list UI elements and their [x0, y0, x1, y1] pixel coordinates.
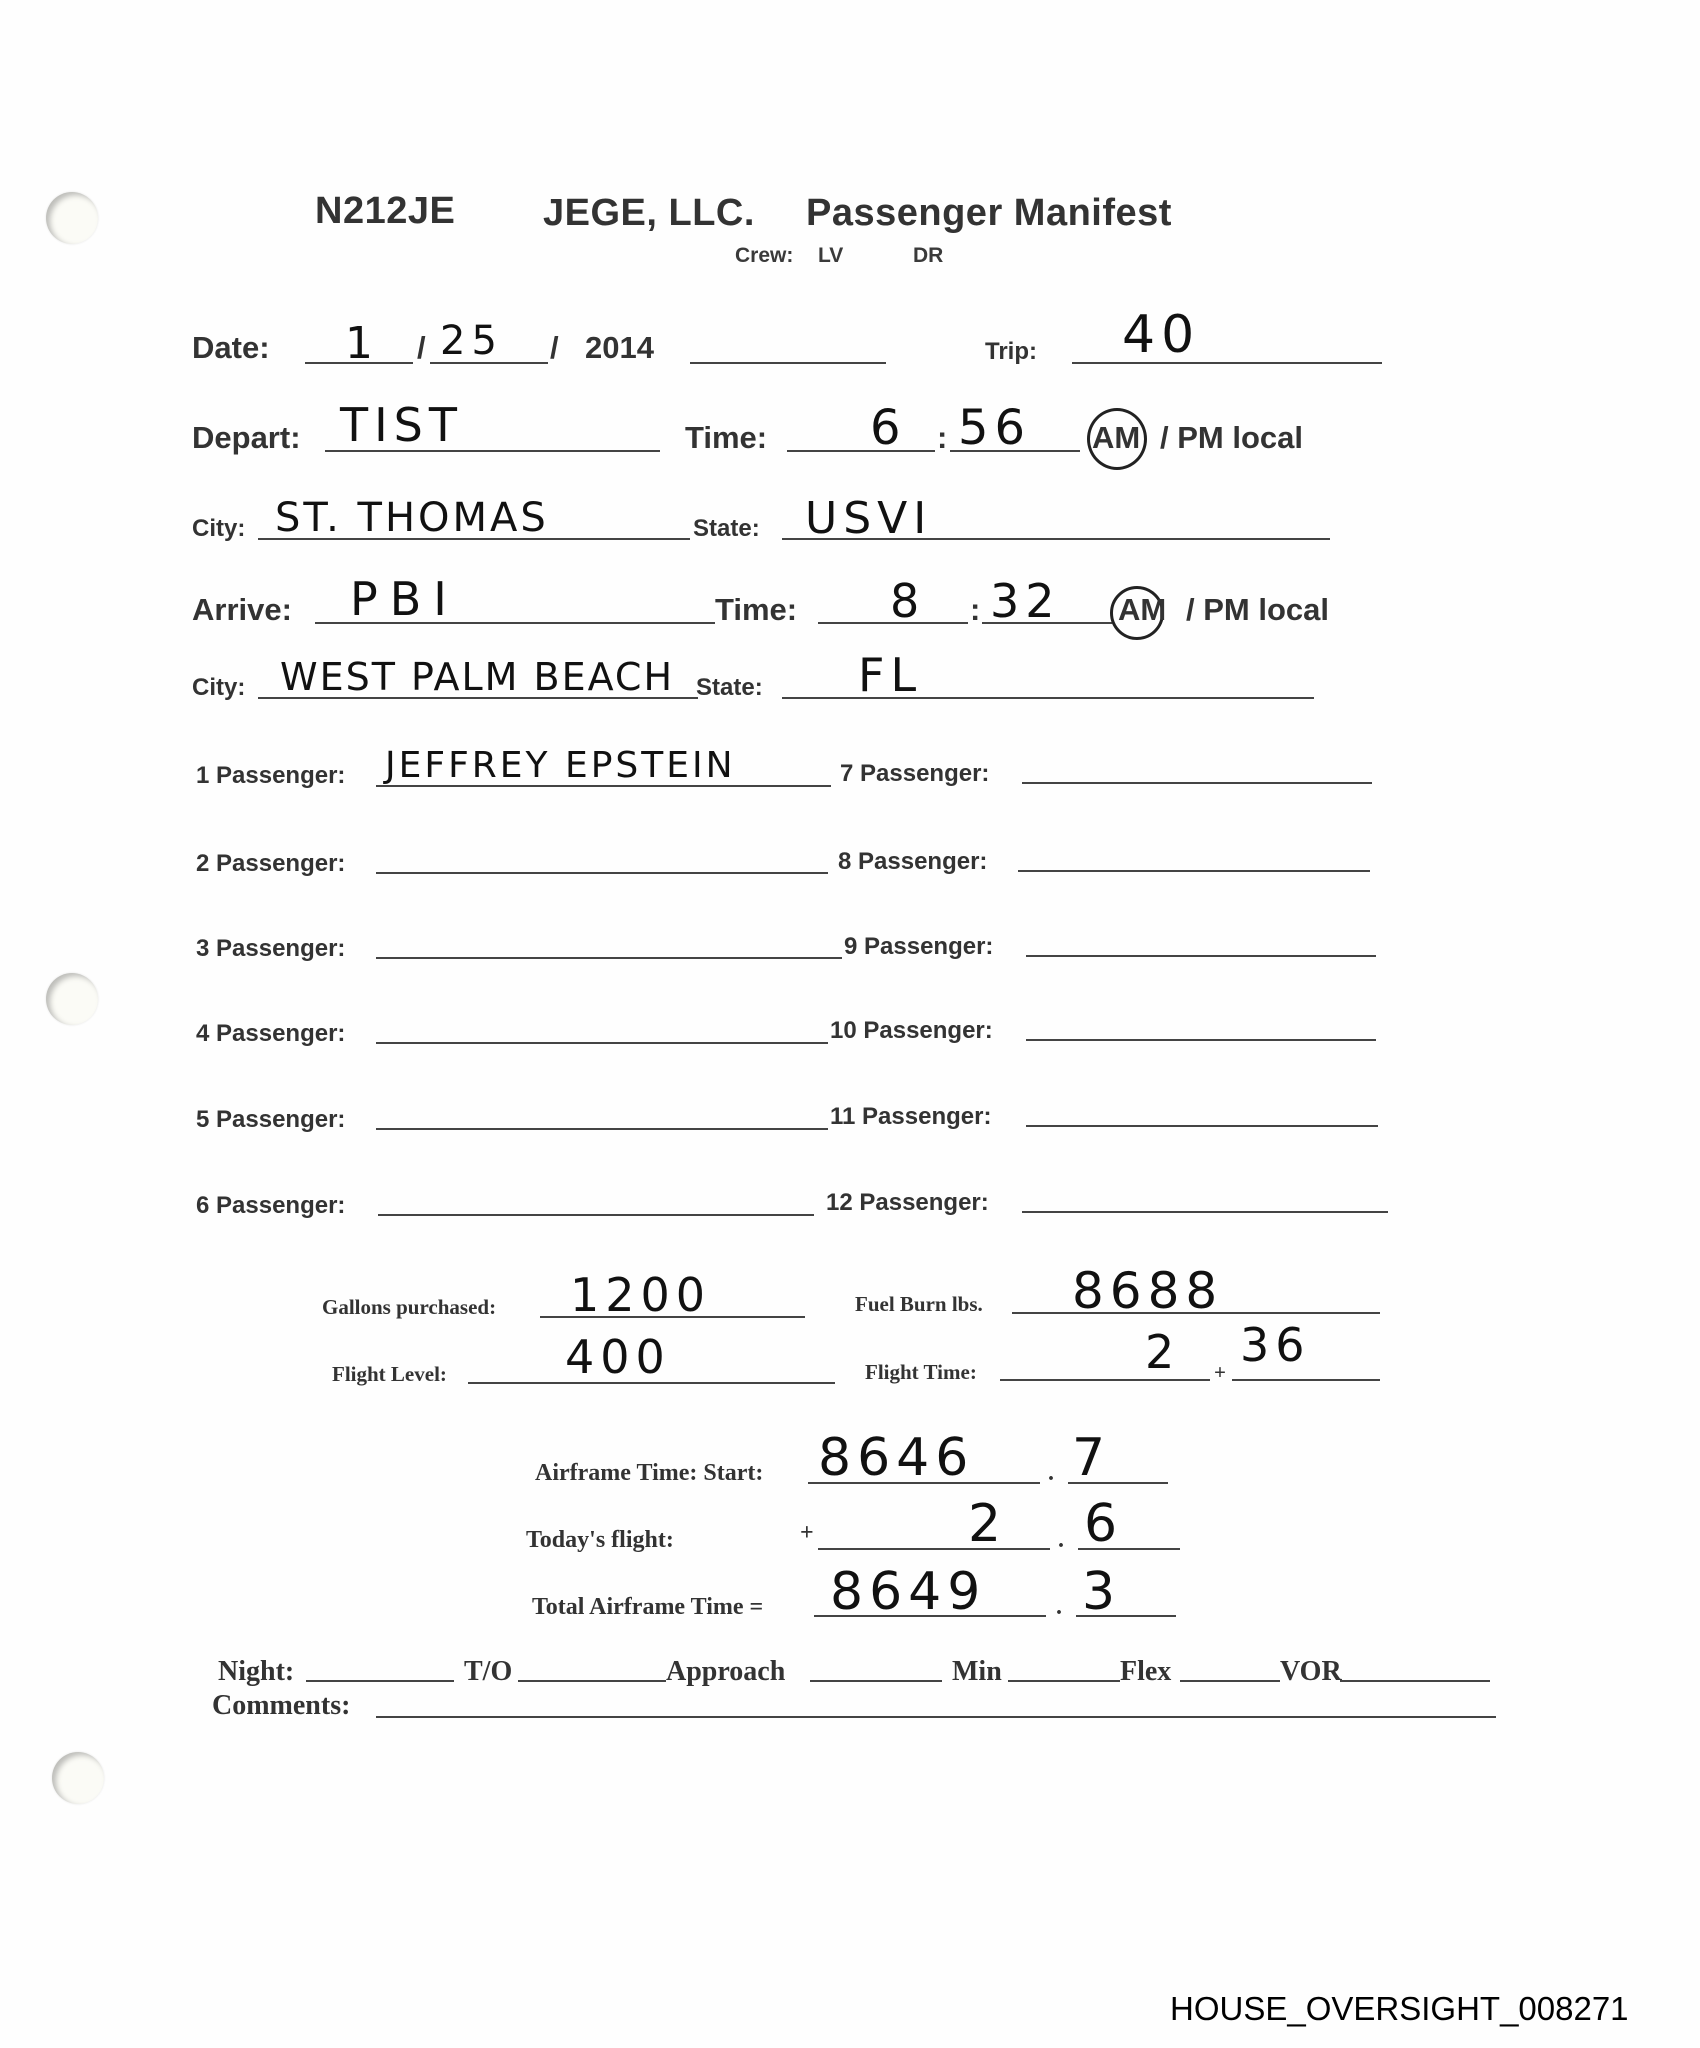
depart-minute-value: 56	[958, 400, 1031, 456]
tail-number: N212JE	[315, 190, 455, 233]
today-flight-tenth-value: 6	[1084, 1494, 1123, 1554]
today-flight-plus: +	[800, 1520, 814, 1547]
passenger-7-label: 7 Passenger:	[840, 760, 989, 788]
total-airframe-label: Total Airframe Time =	[532, 1594, 763, 1621]
passenger-9-label: 9 Passenger:	[844, 933, 993, 961]
today-flight-whole-value: 2	[968, 1494, 1007, 1554]
crew-member-1: LV	[818, 244, 843, 268]
vor-label: VOR	[1280, 1656, 1342, 1688]
passenger-4-field[interactable]	[376, 1042, 828, 1044]
depart-pm-local[interactable]: / PM local	[1160, 420, 1303, 456]
flex-field[interactable]	[1180, 1680, 1280, 1682]
crew-label: Crew:	[735, 244, 793, 268]
arrive-city-value: WEST PALM BEACH	[280, 655, 674, 699]
passenger-12-label: 12 Passenger:	[826, 1189, 989, 1217]
today-flight-dot: .	[1058, 1527, 1064, 1554]
approach-field[interactable]	[810, 1680, 942, 1682]
date-year-field[interactable]	[690, 362, 886, 364]
today-flight-whole-field[interactable]	[818, 1548, 1050, 1550]
gallons-value: 1200	[570, 1268, 711, 1322]
date-separator-2: /	[550, 330, 559, 366]
passenger-1-label: 1 Passenger:	[196, 762, 345, 790]
flight-time-separator: +	[1214, 1360, 1226, 1385]
takeoff-label: T/O	[464, 1656, 512, 1688]
passenger-6-label: 6 Passenger:	[196, 1192, 345, 1220]
comments-field[interactable]	[376, 1716, 1496, 1718]
passenger-1-value: JEFFREY EPSTEIN	[385, 745, 736, 786]
passenger-3-field[interactable]	[376, 957, 842, 959]
passenger-4-label: 4 Passenger:	[196, 1020, 345, 1048]
passenger-10-field[interactable]	[1026, 1039, 1376, 1041]
flight-level-label: Flight Level:	[332, 1362, 447, 1387]
depart-state-value: USVI	[805, 493, 932, 544]
depart-city-label: City:	[192, 515, 245, 543]
passenger-11-label: 11 Passenger:	[830, 1103, 991, 1131]
arrive-hour-value: 8	[890, 574, 925, 628]
depart-time-label: Time:	[685, 420, 767, 456]
arrive-city-label: City:	[192, 674, 245, 702]
gallons-label: Gallons purchased:	[322, 1295, 496, 1320]
arrive-minute-value: 32	[990, 574, 1061, 628]
arrive-label: Arrive:	[192, 592, 292, 628]
arrive-pm-local[interactable]: / PM local	[1186, 592, 1329, 628]
passenger-9-field[interactable]	[1026, 955, 1376, 957]
passenger-5-label: 5 Passenger:	[196, 1106, 345, 1134]
depart-state-label: State:	[693, 515, 760, 543]
airframe-start-dot: .	[1048, 1460, 1054, 1487]
min-label: Min	[952, 1656, 1002, 1688]
date-year-value: 2014	[585, 330, 654, 366]
arrive-time-label: Time:	[715, 592, 797, 628]
arrive-state-value: FL	[858, 648, 922, 702]
passenger-8-label: 8 Passenger:	[838, 848, 987, 876]
binder-hole-top	[46, 192, 98, 244]
binder-hole-bottom	[52, 1752, 104, 1804]
passenger-10-label: 10 Passenger:	[830, 1017, 993, 1045]
trip-value: 40	[1122, 305, 1200, 365]
arrive-state-label: State:	[696, 674, 763, 702]
passenger-7-field[interactable]	[1022, 782, 1372, 784]
total-airframe-dot: .	[1056, 1594, 1062, 1621]
airframe-start-tenth-value: 7	[1072, 1428, 1111, 1488]
date-separator-1: /	[417, 330, 426, 366]
passenger-12-field[interactable]	[1022, 1211, 1388, 1213]
arrive-am-option[interactable]: AM	[1118, 592, 1166, 628]
date-month-value: 1	[345, 318, 379, 369]
flight-time-minutes-value: 36	[1240, 1318, 1311, 1372]
night-label: Night:	[218, 1656, 294, 1688]
bates-number: HOUSE_OVERSIGHT_008271	[1170, 1990, 1629, 2028]
binder-hole-middle	[46, 973, 98, 1025]
approach-label: Approach	[666, 1656, 785, 1688]
depart-label: Depart:	[192, 420, 301, 456]
passenger-5-field[interactable]	[376, 1128, 828, 1130]
flight-time-hours-value: 2	[1145, 1325, 1180, 1379]
trip-label: Trip:	[985, 338, 1037, 366]
passenger-6-field[interactable]	[378, 1214, 814, 1216]
flight-level-value: 400	[565, 1330, 671, 1384]
depart-hour-field[interactable]	[787, 450, 935, 452]
depart-city-value: ST. THOMAS	[275, 495, 549, 541]
depart-time-colon: :	[937, 420, 947, 456]
company-name: JEGE, LLC.	[543, 192, 755, 235]
flight-time-label: Flight Time:	[865, 1360, 977, 1385]
arrive-time-colon: :	[970, 592, 980, 628]
total-airframe-whole-value: 8649	[830, 1562, 986, 1622]
takeoff-field[interactable]	[518, 1680, 666, 1682]
passenger-2-label: 2 Passenger:	[196, 850, 345, 878]
vor-field[interactable]	[1340, 1680, 1490, 1682]
date-label: Date:	[192, 330, 270, 366]
fuel-burn-label: Fuel Burn lbs.	[855, 1292, 983, 1317]
manifest-page: N212JE JEGE, LLC. Passenger Manifest Cre…	[0, 0, 1700, 2048]
depart-value: TIST	[340, 398, 463, 452]
form-title: Passenger Manifest	[806, 192, 1172, 235]
airframe-start-label: Airframe Time: Start:	[535, 1460, 763, 1487]
passenger-2-field[interactable]	[376, 872, 828, 874]
flight-time-minutes-field[interactable]	[1232, 1379, 1380, 1381]
date-day-value: 25	[440, 318, 503, 364]
passenger-3-label: 3 Passenger:	[196, 935, 345, 963]
passenger-11-field[interactable]	[1026, 1125, 1378, 1127]
depart-hour-value: 6	[870, 400, 907, 456]
arrive-value: PBI	[350, 572, 459, 626]
night-field[interactable]	[306, 1680, 454, 1682]
min-field[interactable]	[1008, 1680, 1120, 1682]
fuel-burn-value: 8688	[1072, 1262, 1223, 1320]
depart-am-option[interactable]: AM	[1092, 420, 1140, 456]
airframe-start-whole-value: 8646	[818, 1428, 974, 1488]
trip-field[interactable]	[1072, 362, 1382, 364]
crew-member-2: DR	[913, 244, 943, 268]
passenger-8-field[interactable]	[1018, 870, 1370, 872]
today-flight-label: Today's flight:	[526, 1527, 674, 1554]
total-airframe-tenth-value: 3	[1082, 1562, 1121, 1622]
flex-label: Flex	[1120, 1656, 1171, 1688]
comments-label: Comments:	[212, 1690, 350, 1722]
flight-time-hours-field[interactable]	[1000, 1379, 1210, 1381]
